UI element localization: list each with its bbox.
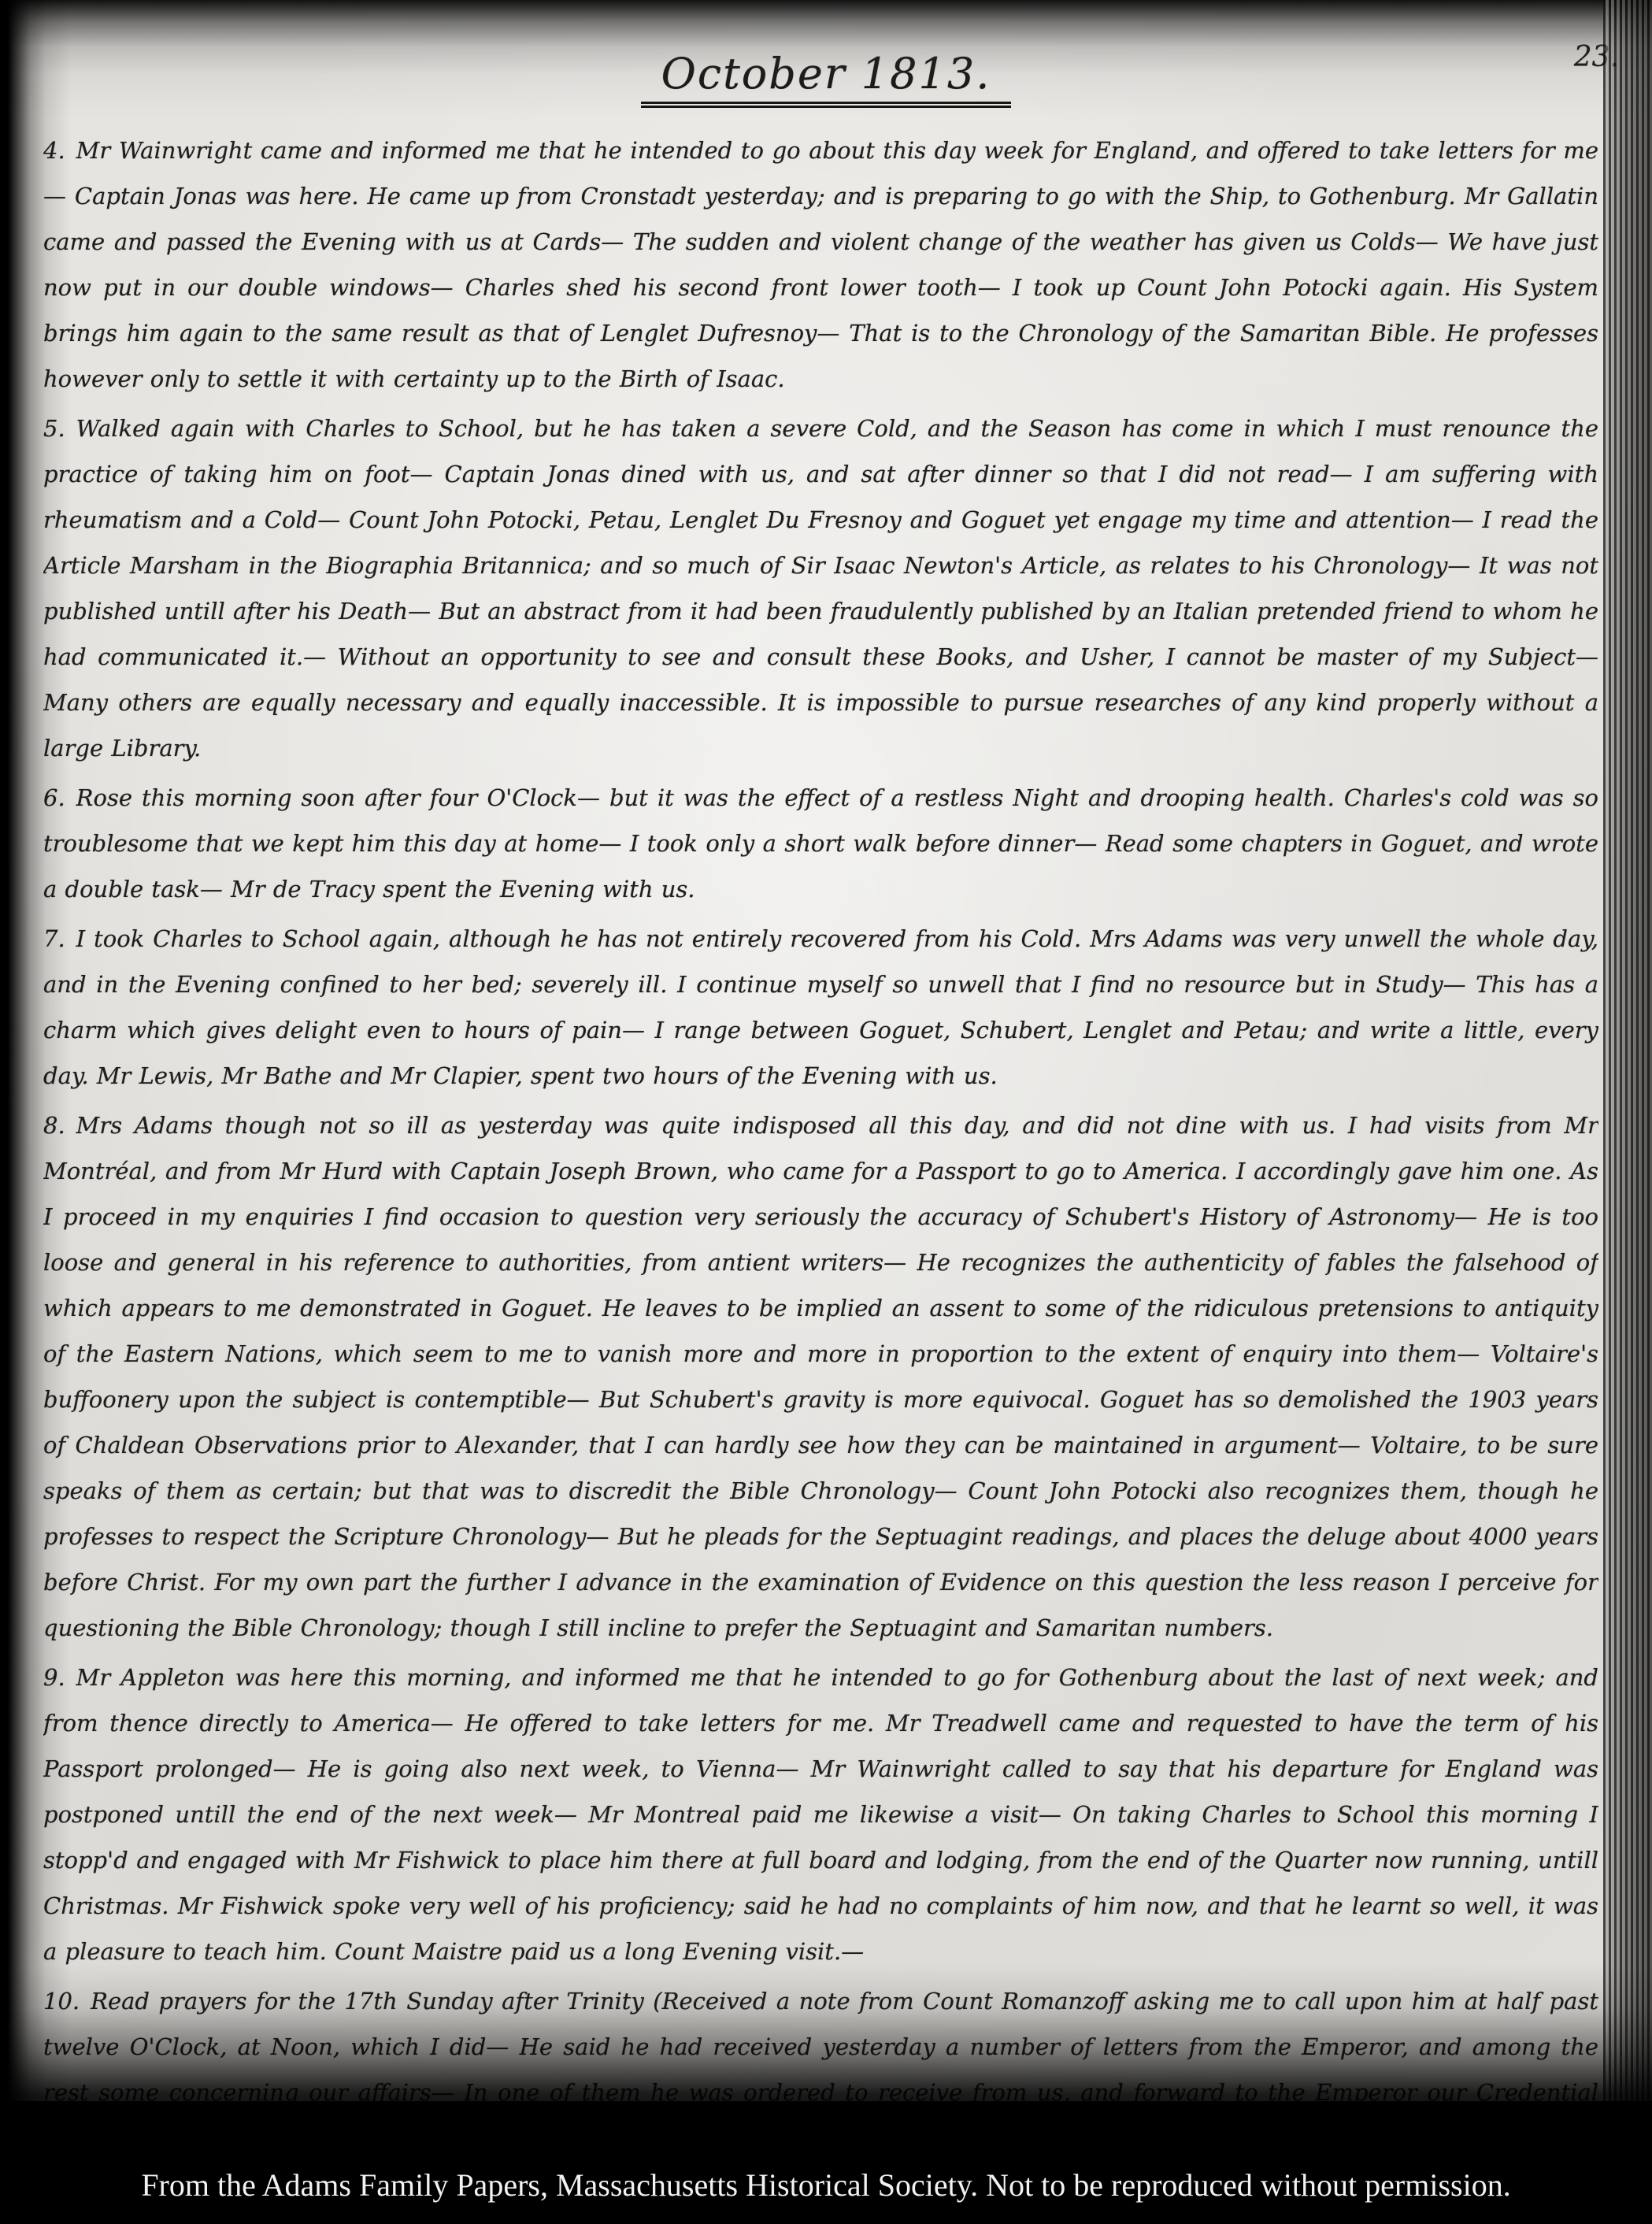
diary-entry-9: 9.Mr Appleton was here this morning, and… xyxy=(43,1655,1598,1974)
page-title: October 1813. xyxy=(641,49,1012,108)
credit-line: From the Adams Family Papers, Massachuse… xyxy=(141,2167,1510,2204)
diary-entry-6: 6.Rose this morning soon after four O'Cl… xyxy=(43,775,1598,912)
entry-text: Mrs Adams though not so ill as yesterday… xyxy=(43,1112,1598,1641)
manuscript-page: 23. October 1813. 4.Mr Wainwright came a… xyxy=(0,0,1652,2129)
diary-entry-7: 7.I took Charles to School again, althou… xyxy=(43,916,1598,1099)
diary-entry-5: 5.Walked again with Charles to School, b… xyxy=(43,406,1598,771)
entry-text: Walked again with Charles to School, but… xyxy=(43,415,1598,762)
manuscript-scan: 23. October 1813. 4.Mr Wainwright came a… xyxy=(0,0,1652,2224)
diary-entry-8: 8.Mrs Adams though not so ill as yesterd… xyxy=(43,1103,1598,1651)
entry-text: I took Charles to School again, although… xyxy=(43,925,1598,1089)
page-title-row: October 1813. xyxy=(0,0,1652,124)
entry-number: 9. xyxy=(43,1664,76,1691)
entry-text: Mr Appleton was here this morning, and i… xyxy=(43,1664,1598,1965)
entry-number: 10. xyxy=(43,1988,91,2015)
page-number: 23. xyxy=(1574,41,1619,73)
entry-text: Rose this morning soon after four O'Cloc… xyxy=(43,784,1598,903)
entry-number: 6. xyxy=(43,784,76,811)
diary-entries: 4.Mr Wainwright came and informed me tha… xyxy=(43,128,1598,2129)
entry-number: 7. xyxy=(43,925,76,952)
credit-bar: From the Adams Family Papers, Massachuse… xyxy=(0,2101,1652,2224)
entry-number: 8. xyxy=(43,1112,76,1139)
diary-entry-4: 4.Mr Wainwright came and informed me tha… xyxy=(43,128,1598,402)
entry-text: Mr Wainwright came and informed me that … xyxy=(43,137,1598,392)
entry-number: 4. xyxy=(43,137,76,164)
entry-number: 5. xyxy=(43,415,76,442)
